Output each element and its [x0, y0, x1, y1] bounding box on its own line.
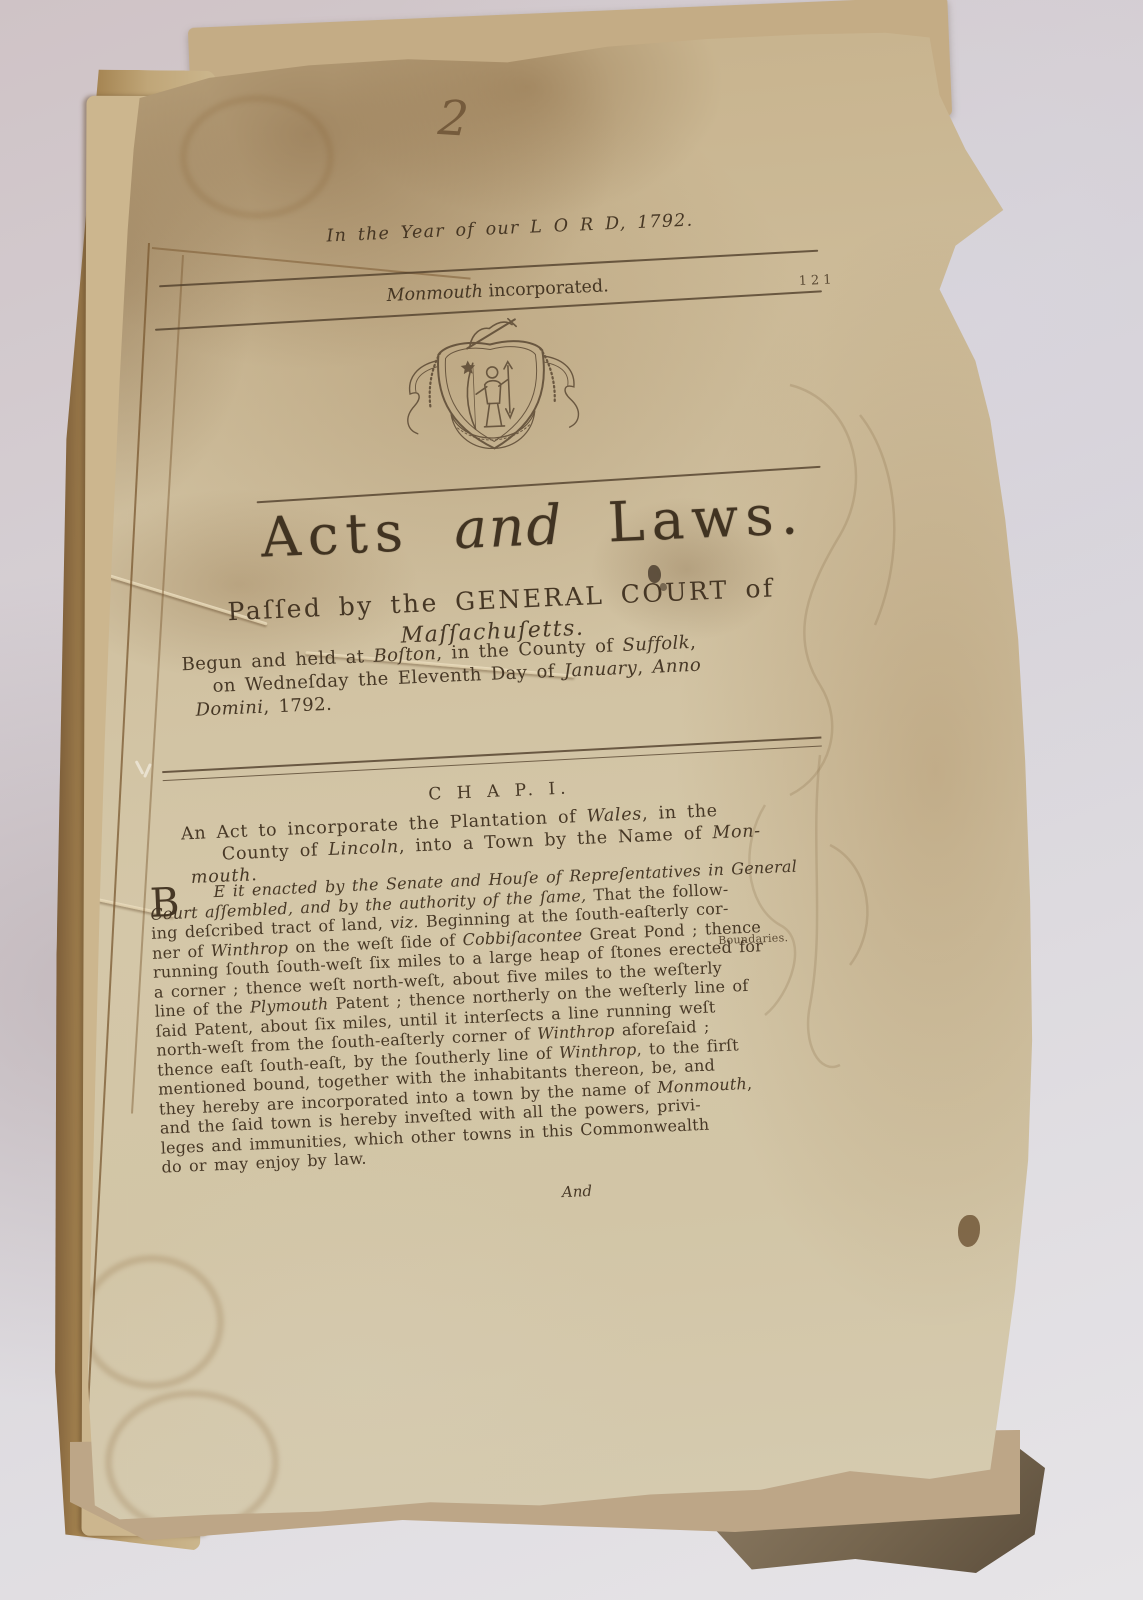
page-number: 121	[798, 272, 835, 289]
drop-cap: B	[149, 885, 180, 922]
act-body-paragraph: B E it enacted by the Senate and Houſe o…	[149, 857, 809, 1177]
running-head: Monmouth incorporated.	[178, 267, 818, 315]
pamphlet-front-page: 2 In the Year of our L O R D, 1792. Monm…	[60, 25, 1055, 1580]
printed-page-content: 2 In the Year of our L O R D, 1792. Monm…	[27, 4, 1089, 1600]
catchword: And	[532, 1181, 623, 1203]
photo-backdrop: { "colors": { "backdrop": "#d8d4d9", "pa…	[0, 0, 1143, 1600]
massachusetts-seal-icon	[369, 309, 616, 481]
handwritten-page-number: 2	[436, 90, 470, 148]
year-header-line: In the Year of our L O R D, 1792.	[210, 205, 810, 251]
acts-and-laws-title: Acts and Laws.	[212, 480, 854, 572]
running-head-row: Monmouth incorporated. 121	[178, 267, 818, 315]
